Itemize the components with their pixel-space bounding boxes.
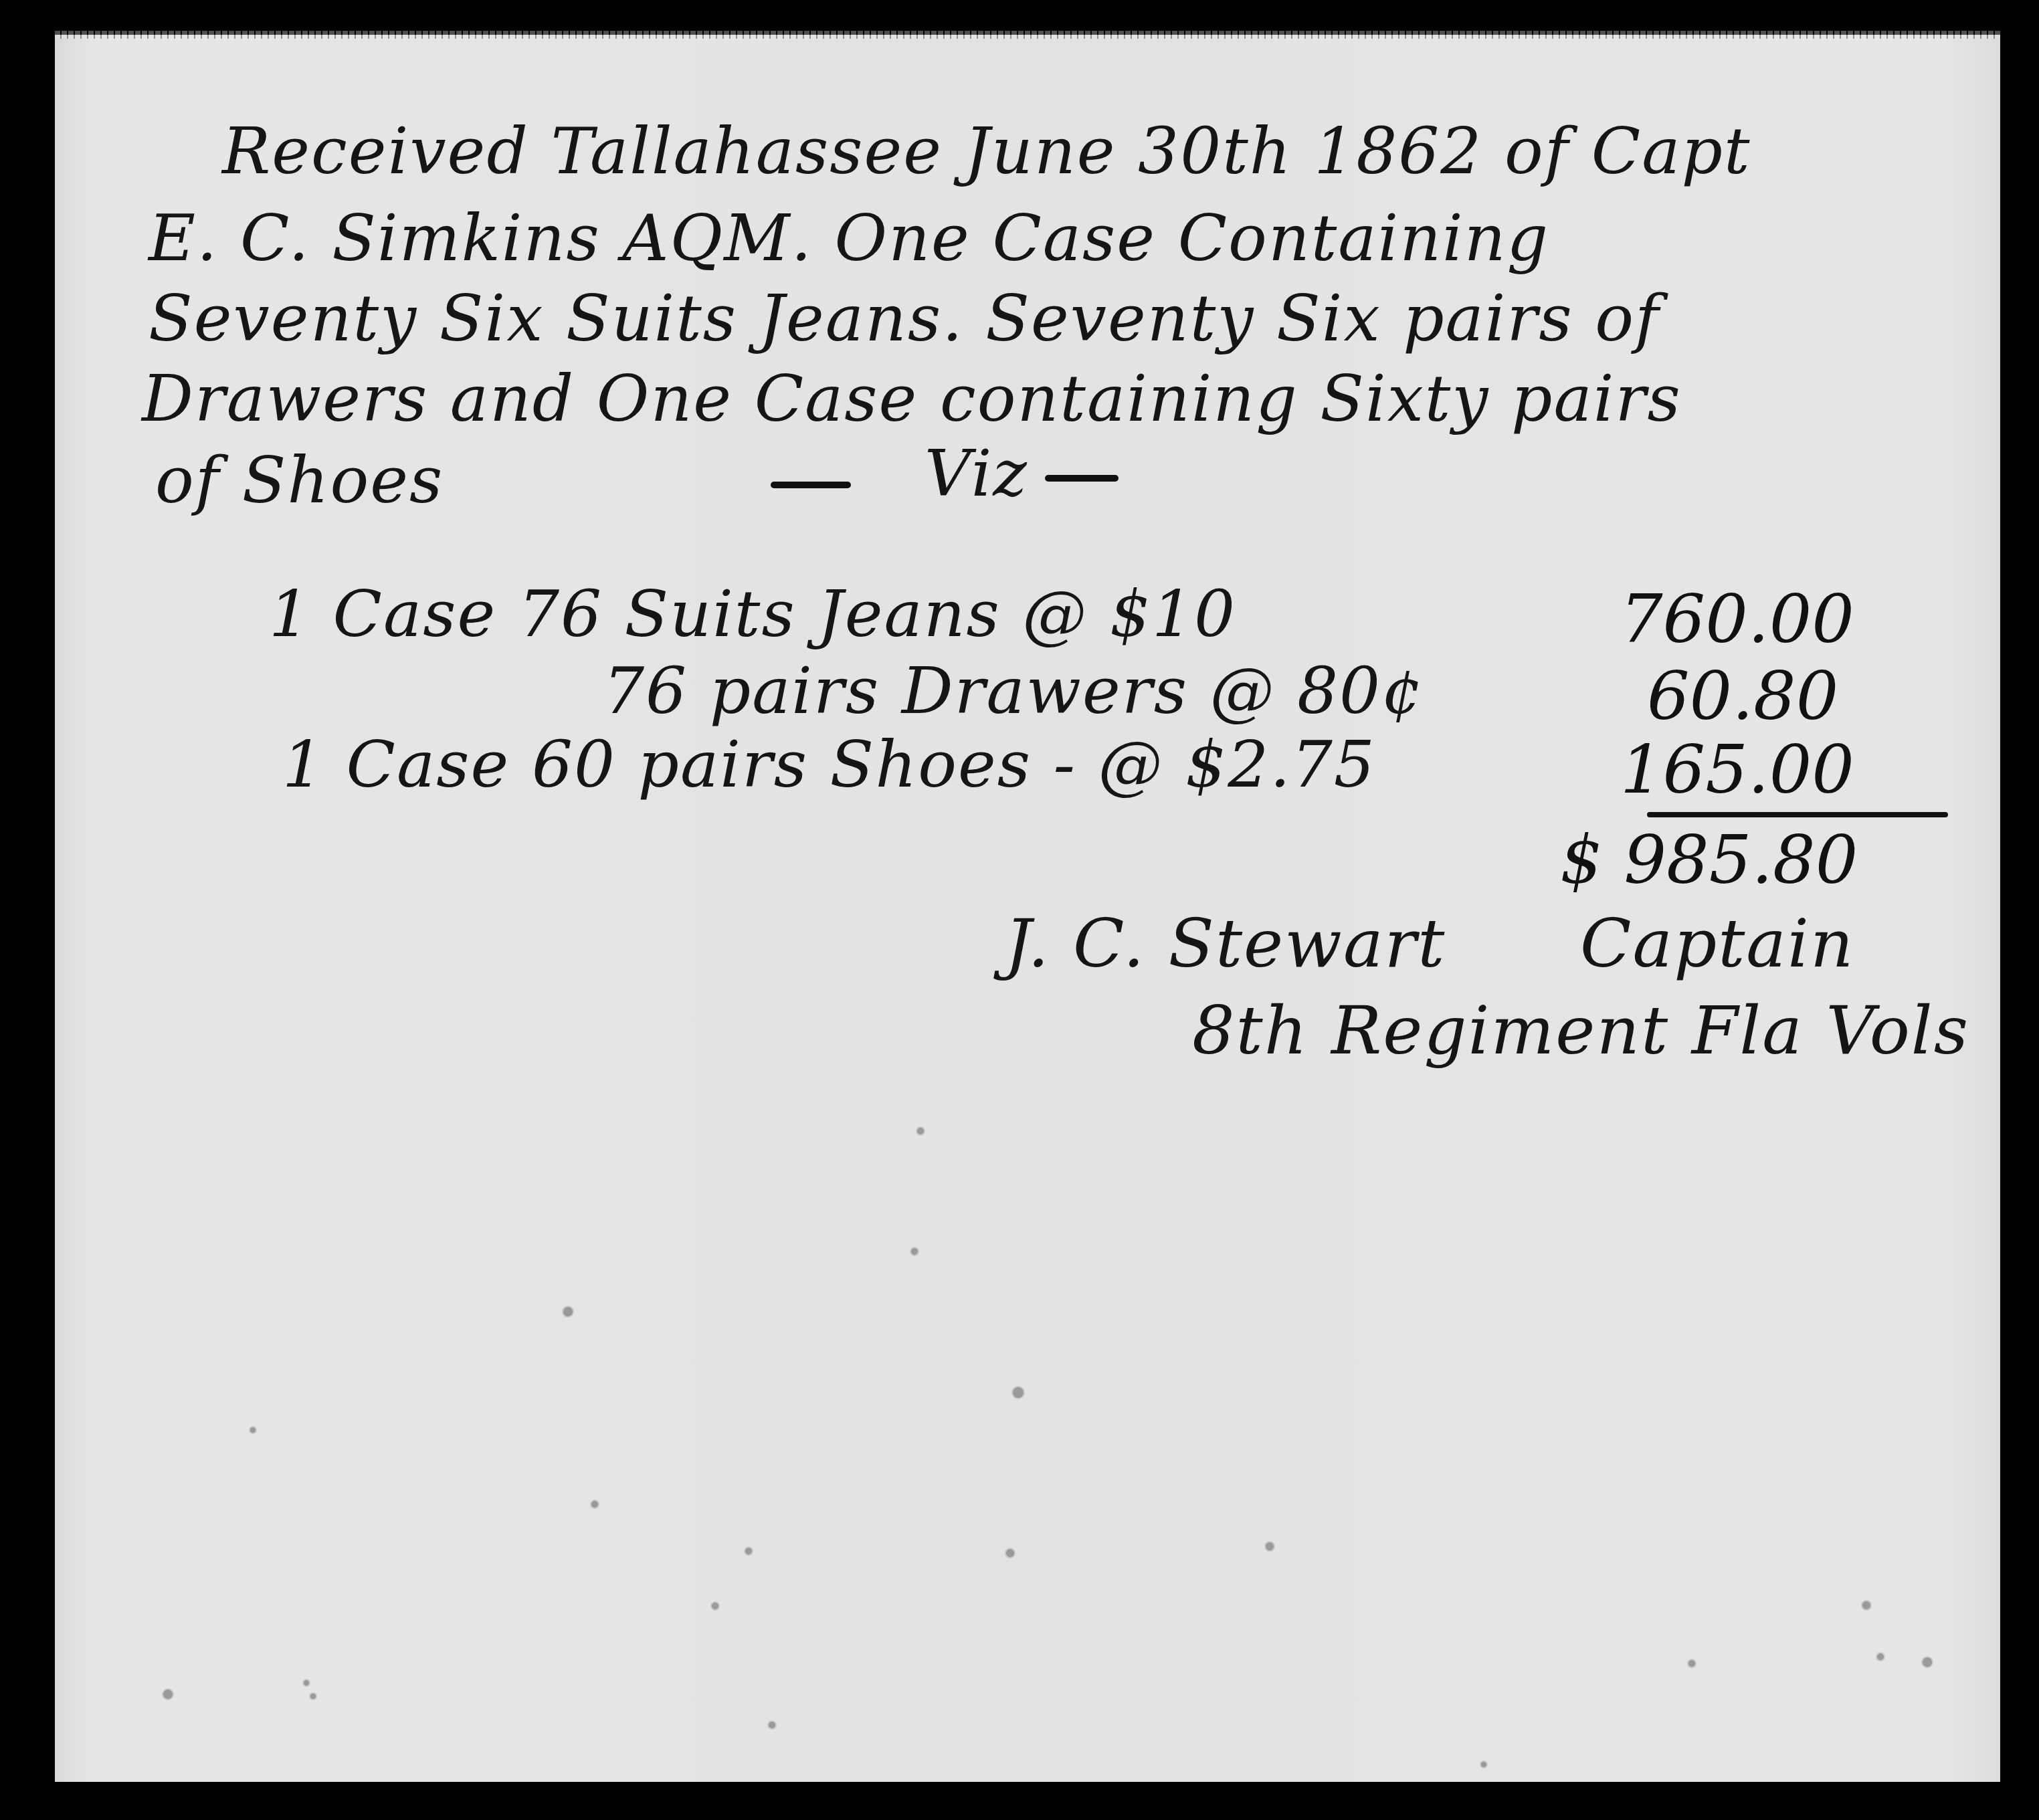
- paper-speck: [1011, 1386, 1025, 1399]
- signature-unit: 8th Regiment Fla Vols: [1192, 991, 1969, 1070]
- paper-speck: [1480, 1760, 1488, 1768]
- total-underline: [1647, 812, 1948, 817]
- paper-speck: [162, 1688, 174, 1700]
- paper-speck: [1005, 1548, 1015, 1558]
- paper-speck: [590, 1500, 599, 1509]
- item-2-amount: 60.80: [1647, 657, 1838, 735]
- signature-name: J. C. Stewart: [1005, 904, 1446, 983]
- paper-speck: [309, 1692, 317, 1700]
- paper-speck: [710, 1601, 720, 1611]
- viz-right-dash: [1045, 475, 1119, 482]
- paper-speck: [767, 1720, 777, 1730]
- paper-speck: [744, 1546, 753, 1556]
- viz-label: Viz: [925, 436, 1028, 511]
- paper-speck: [249, 1426, 257, 1434]
- item-3-description: 1 Case 60 pairs Shoes - @ $2.75: [282, 727, 1376, 802]
- total-amount: $ 985.80: [1560, 821, 1858, 899]
- paper-speck: [916, 1126, 925, 1136]
- paper-speck: [1687, 1659, 1696, 1668]
- receipt-line-3: Seventy Six Suits Jeans. Seventy Six pai…: [149, 281, 1660, 356]
- paper-speck: [302, 1679, 310, 1687]
- paper-speck: [1264, 1541, 1275, 1552]
- viz-left-dash: [771, 482, 851, 488]
- item-3-amount: 165.00: [1620, 730, 1854, 809]
- paper-speck: [1861, 1600, 1872, 1611]
- receipt-line-4: Drawers and One Case containing Sixty pa…: [142, 361, 1682, 436]
- paper-speck: [910, 1247, 919, 1256]
- signature-title: Captain: [1580, 904, 1854, 983]
- document-paper: Received Tallahassee June 30th 1862 of C…: [55, 35, 2000, 1782]
- item-1-amount: 760.00: [1620, 580, 1854, 658]
- item-1-description: 1 Case 76 Suits Jeans @ $10: [269, 577, 1236, 651]
- paper-speck: [1876, 1652, 1885, 1661]
- paper-speck: [562, 1306, 574, 1318]
- item-2-description: 76 pairs Drawers @ 80¢: [603, 653, 1424, 728]
- receipt-line-5: of Shoes: [155, 443, 444, 518]
- paper-speck: [1921, 1656, 1933, 1668]
- receipt-line-2: E. C. Simkins AQM. One Case Containing: [149, 201, 1549, 276]
- receipt-line-1: Received Tallahassee June 30th 1862 of C…: [222, 114, 1751, 189]
